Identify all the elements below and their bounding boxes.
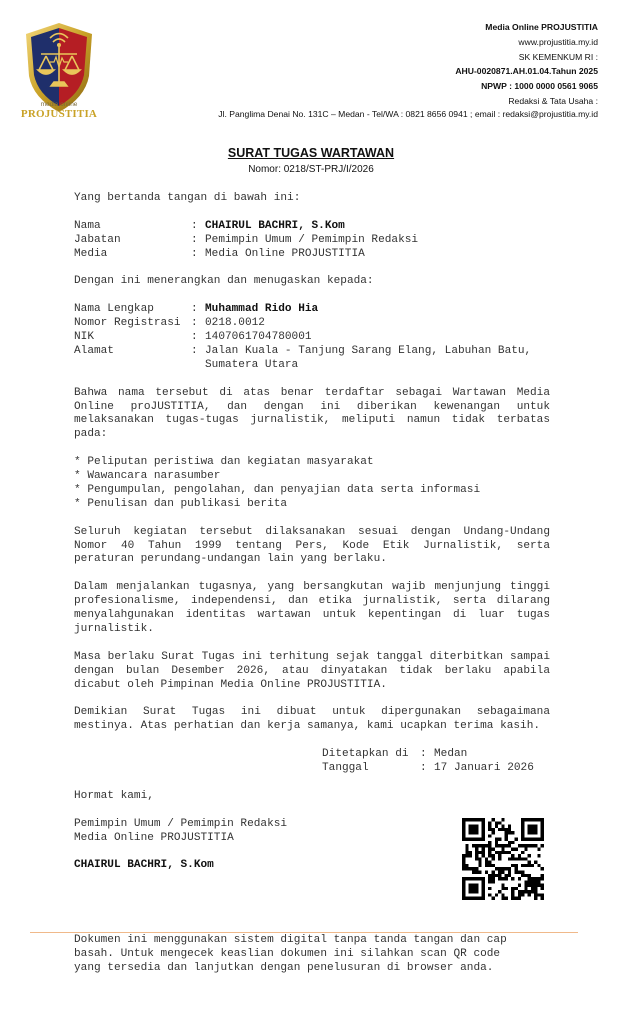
org-website: www.projustitia.my.id — [455, 35, 598, 50]
address-value: Jalan Kuala - Tanjung Sarang Elang, Labu… — [205, 345, 550, 373]
logo-brand: PROJUSTITIA — [18, 108, 100, 120]
law-paragraph: Seluruh kegiatan tersebut dilaksanakan s… — [74, 526, 550, 568]
nik-label: NIK — [74, 331, 191, 345]
signer-media-label: Media — [74, 248, 191, 262]
date-label: Tanggal — [322, 762, 420, 776]
ethics-paragraph: Dalam menjalankan tugasnya, yang bersang… — [74, 581, 550, 637]
nik-value: 1407061704780001 — [205, 331, 550, 345]
issuance-details: Ditetapkan di : Medan Tanggal : 17 Janua… — [322, 748, 550, 776]
org-name: Media Online PROJUSTITIA — [455, 20, 598, 35]
qr-code-icon — [462, 818, 544, 900]
intro-text: Yang bertanda tangan di bawah ini: — [74, 192, 550, 206]
list-item: * Pengumpulan, pengolahan, dan penyajian… — [74, 484, 550, 498]
document-title: SURAT TUGAS WARTAWAN — [0, 146, 622, 160]
assignee-details: Nama Lengkap : Muhammad Rido Hia Nomor R… — [74, 303, 550, 373]
sk-label: SK KEMENKUM RI : — [455, 50, 598, 65]
assign-intro-text: Dengan ini menerangkan dan menugaskan ke… — [74, 275, 550, 289]
address-label: Alamat — [74, 345, 191, 373]
list-item: * Wawancara narasumber — [74, 470, 550, 484]
assignee-name-label: Nama Lengkap — [74, 303, 191, 317]
signer-details: Nama : CHAIRUL BACHRI, S.Kom Jabatan : P… — [74, 220, 550, 262]
registration-label: Nomor Registrasi — [74, 317, 191, 331]
letterhead-info: Media Online PROJUSTITIA www.projustitia… — [455, 20, 598, 109]
org-address: Jl. Panglima Denai No. 131C – Medan - Te… — [218, 109, 598, 119]
place-label: Ditetapkan di — [322, 748, 420, 762]
validity-paragraph: Masa berlaku Surat Tugas ini terhitung s… — [74, 651, 550, 693]
list-item: * Peliputan peristiwa dan kegiatan masya… — [74, 456, 550, 470]
date-value: 17 Januari 2026 — [434, 762, 550, 776]
closing-paragraph: Demikian Surat Tugas ini dibuat untuk di… — [74, 706, 550, 734]
document-body: Yang bertanda tangan di bawah ini: Nama … — [74, 192, 550, 873]
regards-text: Hormat kami, — [74, 790, 550, 804]
registration-value: 0218.0012 — [205, 317, 550, 331]
npwp: NPWP : 1000 0000 0561 9065 — [455, 79, 598, 94]
place-value: Medan — [434, 748, 550, 762]
footer-divider — [30, 932, 578, 933]
assignee-name-value: Muhammad Rido Hia — [205, 303, 550, 317]
list-item: * Penulisan dan publikasi berita — [74, 498, 550, 512]
signer-position-label: Jabatan — [74, 234, 191, 248]
signer-name-value: CHAIRUL BACHRI, S.Kom — [205, 220, 550, 234]
document-number: Nomor: 0218/ST-PRJ/I/2026 — [0, 164, 622, 175]
duties-list: * Peliputan peristiwa dan kegiatan masya… — [74, 456, 550, 512]
redaksi-label: Redaksi & Tata Usaha : — [455, 94, 598, 109]
signer-media-value: Media Online PROJUSTITIA — [205, 248, 550, 262]
verification-note: Dokumen ini menggunakan sistem digital t… — [74, 934, 554, 976]
logo-tagline: media online — [22, 101, 96, 108]
company-logo: media online PROJUSTITIA — [22, 20, 96, 120]
signer-name-label: Nama — [74, 220, 191, 234]
registration-paragraph: Bahwa nama tersebut di atas benar terdaf… — [74, 387, 550, 443]
sk-number: AHU-0020871.AH.01.04.Tahun 2025 — [455, 64, 598, 79]
signer-position-value: Pemimpin Umum / Pemimpin Redaksi — [205, 234, 550, 248]
